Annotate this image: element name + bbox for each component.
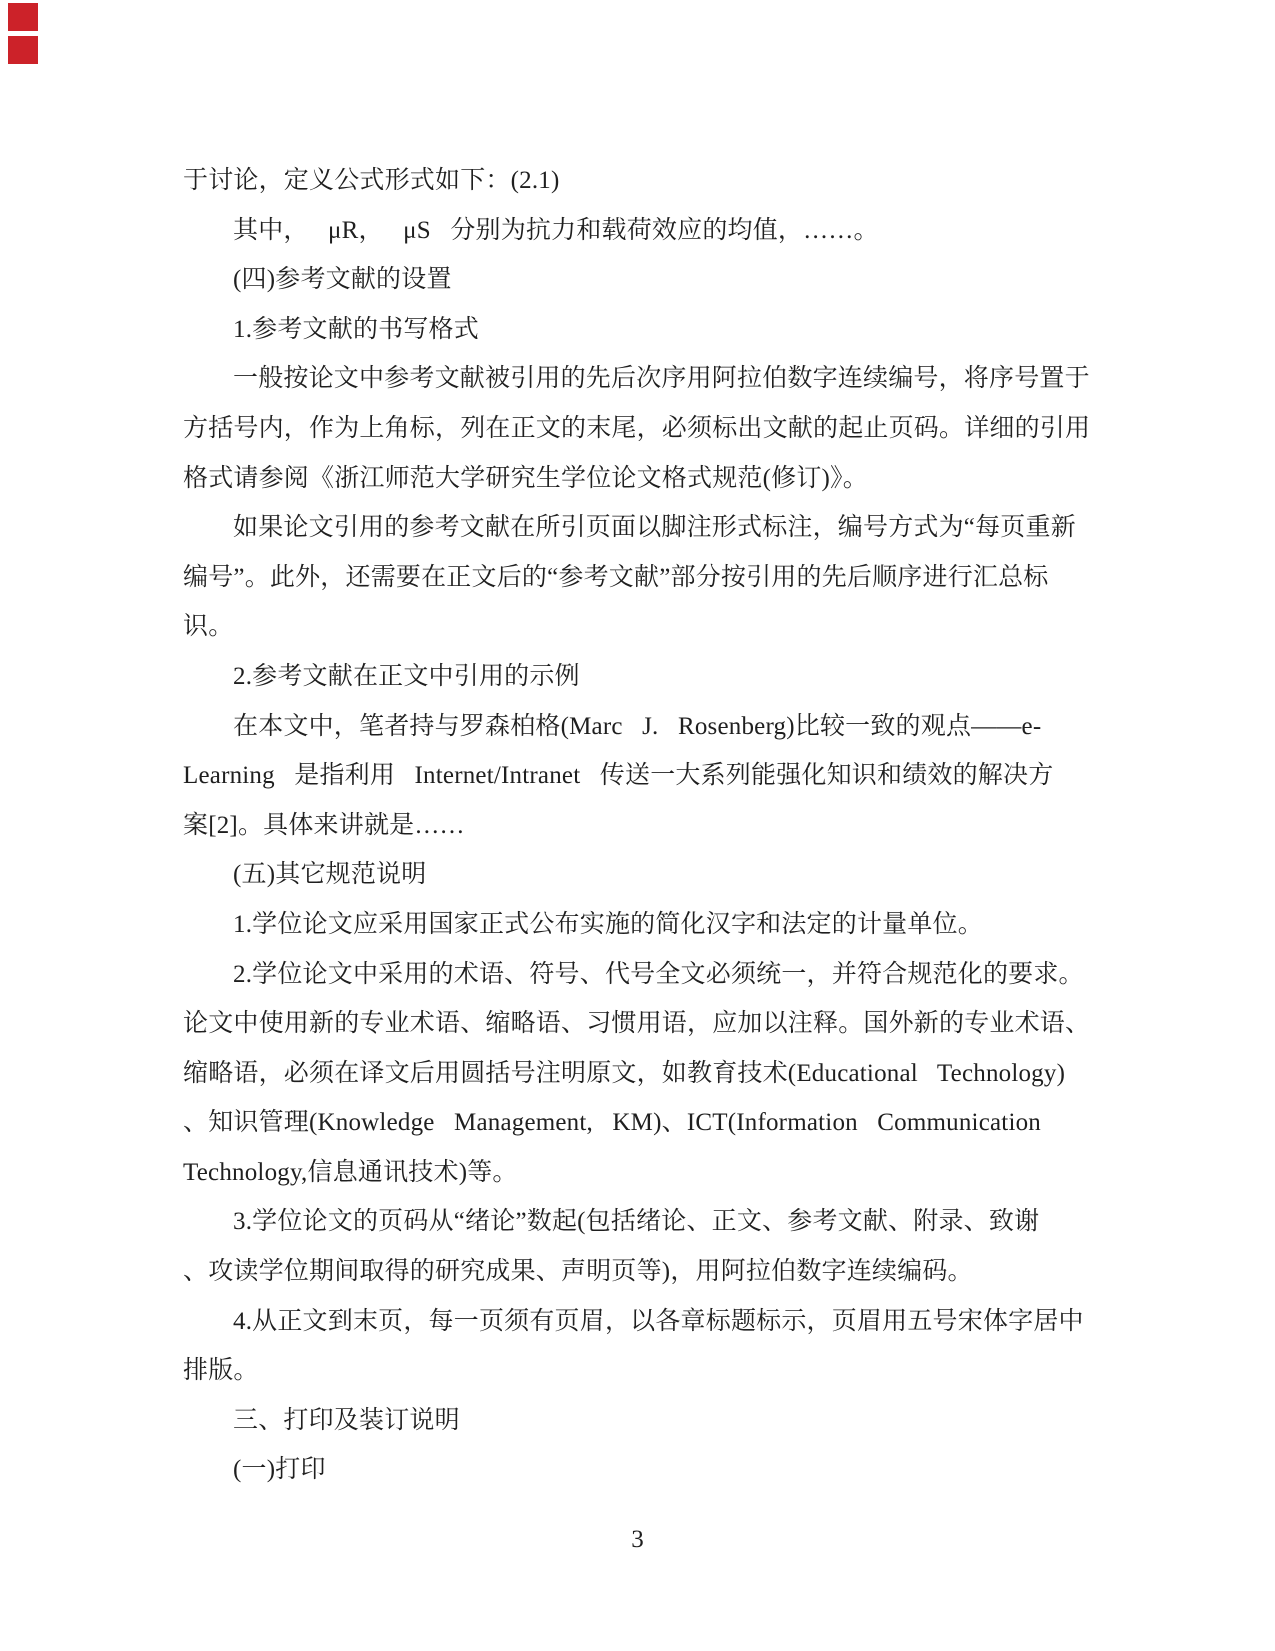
text-line: 编号”。此外，还需要在正文后的“参考文献”部分按引用的先后顺序进行汇总标 — [183, 553, 1093, 603]
text-line: 4.从正文到末页，每一页须有页眉，以各章标题标示，页眉用五号宋体字居中 — [183, 1297, 1093, 1347]
text-line: Technology,信息通讯技术)等。 — [183, 1148, 1093, 1198]
red-corner-marker-bottom-icon — [8, 36, 38, 64]
text-line: 在本文中，笔者持与罗森柏格(Marc J. Rosenberg)比较一致的观点—… — [183, 702, 1093, 752]
text-line: 排版。 — [183, 1346, 1093, 1396]
text-line: 缩略语，必须在译文后用圆括号注明原文，如教育技术(Educational Tec… — [183, 1049, 1093, 1099]
text-line: 2.学位论文中采用的术语、符号、代号全文必须统一，并符合规范化的要求。 — [183, 950, 1093, 1000]
text-line: 一般按论文中参考文献被引用的先后次序用阿拉伯数字连续编号，将序号置于 — [183, 354, 1093, 404]
text-line: 、知识管理(Knowledge Management, KM)、ICT(Info… — [183, 1098, 1093, 1148]
section-heading-line: (四)参考文献的设置 — [183, 255, 1093, 305]
page-number: 3 — [0, 1526, 1275, 1554]
text-line: 3.学位论文的页码从“绪论”数起(包括绪论、正文、参考文献、附录、致谢 — [183, 1197, 1093, 1247]
document-body: 于讨论，定义公式形式如下：(2.1) 其中， μR， μS 分别为抗力和载荷效应… — [183, 156, 1093, 1495]
subsection-line: 1.参考文献的书写格式 — [183, 305, 1093, 355]
text-line: 格式请参阅《浙江师范大学研究生学位论文格式规范(修订)》。 — [183, 454, 1093, 504]
text-line: 其中， μR， μS 分别为抗力和载荷效应的均值，……。 — [183, 206, 1093, 256]
red-corner-marker-top-icon — [8, 3, 38, 31]
text-line: Learning 是指利用 Internet/Intranet 传送一大系列能强… — [183, 751, 1093, 801]
document-page: 于讨论，定义公式形式如下：(2.1) 其中， μR， μS 分别为抗力和载荷效应… — [0, 0, 1275, 1651]
text-line: 案[2]。具体来讲就是…… — [183, 801, 1093, 851]
text-line: 如果论文引用的参考文献在所引页面以脚注形式标注，编号方式为“每页重新 — [183, 503, 1093, 553]
section-heading-line: 三、打印及装订说明 — [183, 1396, 1093, 1446]
text-line: 、攻读学位期间取得的研究成果、声明页等)，用阿拉伯数字连续编码。 — [183, 1247, 1093, 1297]
subsection-line: 2.参考文献在正文中引用的示例 — [183, 652, 1093, 702]
text-line: 论文中使用新的专业术语、缩略语、习惯用语，应加以注释。国外新的专业术语、 — [183, 999, 1093, 1049]
corner-logo — [8, 3, 40, 65]
text-line: 识。 — [183, 602, 1093, 652]
section-heading-line: (五)其它规范说明 — [183, 850, 1093, 900]
section-heading-line: (一)打印 — [183, 1445, 1093, 1495]
text-line: 方括号内，作为上角标，列在正文的末尾，必须标出文献的起止页码。详细的引用 — [183, 404, 1093, 454]
text-line: 于讨论，定义公式形式如下：(2.1) — [183, 156, 1093, 206]
text-line: 1.学位论文应采用国家正式公布实施的简化汉字和法定的计量单位。 — [183, 900, 1093, 950]
